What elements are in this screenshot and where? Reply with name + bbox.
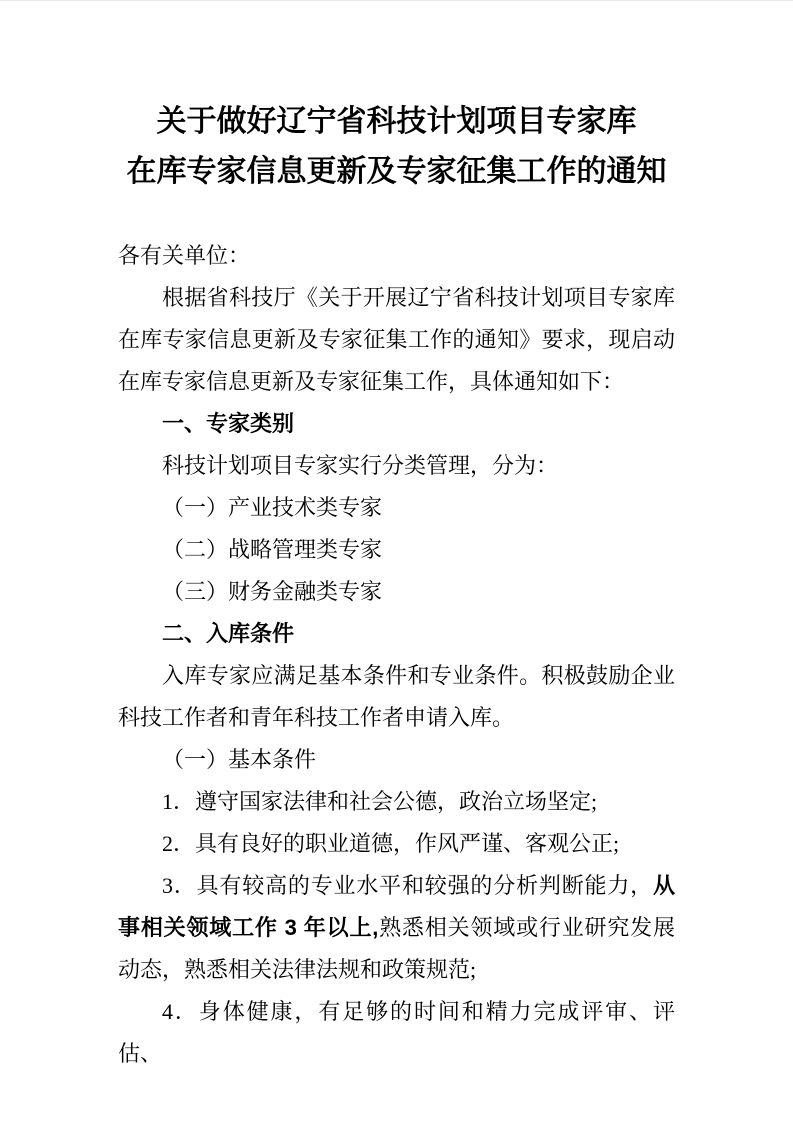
basic-condition-1: 1．遵守国家法律和社会公德，政治立场坚定; — [118, 781, 675, 823]
basic-condition-2: 2．具有良好的职业道德，作风严谨、客观公正; — [118, 823, 675, 865]
category-item-1: （一）产业技术类专家 — [118, 487, 675, 529]
salutation: 各有关单位： — [118, 235, 675, 277]
basic-condition-3: 3．具有较高的专业水平和较强的分析判断能力，从事相关领域工作 3 年以上,熟悉相… — [118, 865, 675, 991]
section-1-lead: 科技计划项目专家实行分类管理，分为： — [118, 445, 675, 487]
title-line-1: 关于做好辽宁省科技计划项目专家库 — [118, 97, 675, 147]
title-line-2: 在库专家信息更新及专家征集工作的通知 — [118, 147, 675, 197]
section-2-heading: 二、入库条件 — [118, 613, 675, 655]
section-2-lead: 入库专家应满足基本条件和专业条件。积极鼓励企业科技工作者和青年科技工作者申请入库… — [118, 655, 675, 739]
intro-paragraph: 根据省科技厅《关于开展辽宁省科技计划项目专家库在库专家信息更新及专家征集工作的通… — [118, 277, 675, 403]
basic-condition-3-text-start: 3．具有较高的专业水平和较强的分析判断能力， — [162, 873, 653, 898]
basic-condition-4: 4．身体健康，有足够的时间和精力完成评审、评估、 — [118, 991, 675, 1075]
section-2-subheading: （一）基本条件 — [118, 739, 675, 781]
category-item-2: （二）战略管理类专家 — [118, 529, 675, 571]
category-item-3: （三）财务金融类专家 — [118, 571, 675, 613]
section-1-heading: 一、专家类别 — [118, 403, 675, 445]
document-page: 关于做好辽宁省科技计划项目专家库 在库专家信息更新及专家征集工作的通知 各有关单… — [0, 0, 793, 1122]
document-title: 关于做好辽宁省科技计划项目专家库 在库专家信息更新及专家征集工作的通知 — [118, 97, 675, 197]
